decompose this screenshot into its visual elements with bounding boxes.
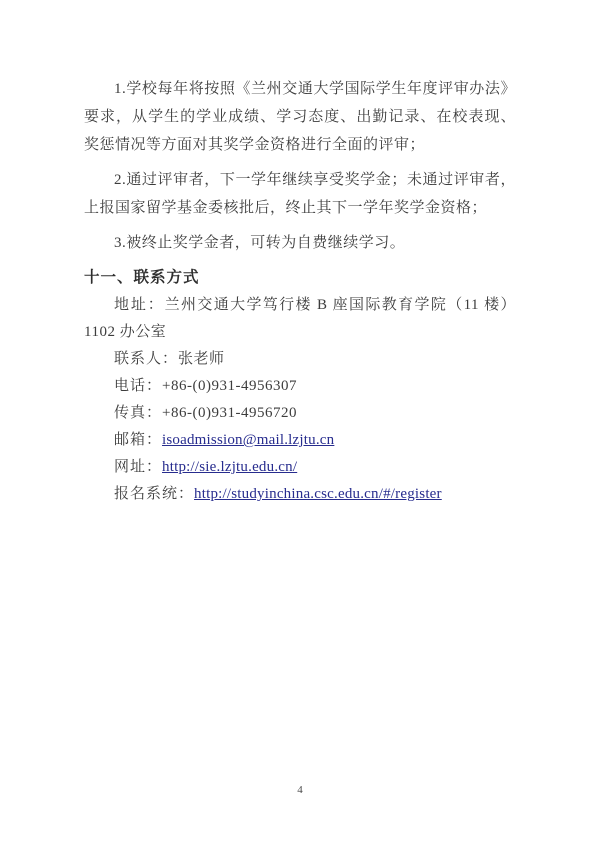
fax-value: +86-(0)931-4956720 <box>162 405 297 421</box>
email-label: 邮箱： <box>114 432 162 448</box>
website-label: 网址： <box>114 459 162 475</box>
registration-system-label: 报名系统： <box>114 486 194 502</box>
contact-registration-line: 报名系统：http://studyinchina.csc.edu.cn/#/re… <box>84 481 516 508</box>
contact-section-heading: 十一、联系方式 <box>84 264 516 292</box>
policy-paragraph-2: 2.通过评审者，下一学年继续享受奖学金；未通过评审者，上报国家留学基金委核批后，… <box>84 166 516 222</box>
policy-paragraph-3: 3.被终止奖学金者，可转为自费继续学习。 <box>84 229 516 257</box>
contact-address-line: 地址：兰州交通大学笃行楼 B 座国际教育学院（11 楼）1102 办公室 <box>84 292 516 346</box>
document-page: 1.学校每年将按照《兰州交通大学国际学生年度评审办法》要求，从学生的学业成绩、学… <box>0 0 600 848</box>
phone-value: +86-(0)931-4956307 <box>162 378 297 394</box>
contact-phone-line: 电话：+86-(0)931-4956307 <box>84 373 516 400</box>
contact-email-line: 邮箱：isoadmission@mail.lzjtu.cn <box>84 427 516 454</box>
page-number: 4 <box>0 783 600 797</box>
phone-label: 电话： <box>114 378 162 394</box>
registration-system-link[interactable]: http://studyinchina.csc.edu.cn/#/registe… <box>194 486 442 502</box>
contact-person-value: 张老师 <box>178 351 225 367</box>
contact-fax-line: 传真：+86-(0)931-4956720 <box>84 400 516 427</box>
policy-paragraph-1: 1.学校每年将按照《兰州交通大学国际学生年度评审办法》要求，从学生的学业成绩、学… <box>84 75 516 159</box>
website-link[interactable]: http://sie.lzjtu.edu.cn/ <box>162 459 297 475</box>
email-link[interactable]: isoadmission@mail.lzjtu.cn <box>162 432 334 448</box>
address-label: 地址： <box>114 297 165 313</box>
contact-website-line: 网址：http://sie.lzjtu.edu.cn/ <box>84 454 516 481</box>
contact-person-label: 联系人： <box>114 351 178 367</box>
page-content: 1.学校每年将按照《兰州交通大学国际学生年度评审办法》要求，从学生的学业成绩、学… <box>84 75 516 508</box>
contact-person-line: 联系人：张老师 <box>84 346 516 373</box>
fax-label: 传真： <box>114 405 162 421</box>
